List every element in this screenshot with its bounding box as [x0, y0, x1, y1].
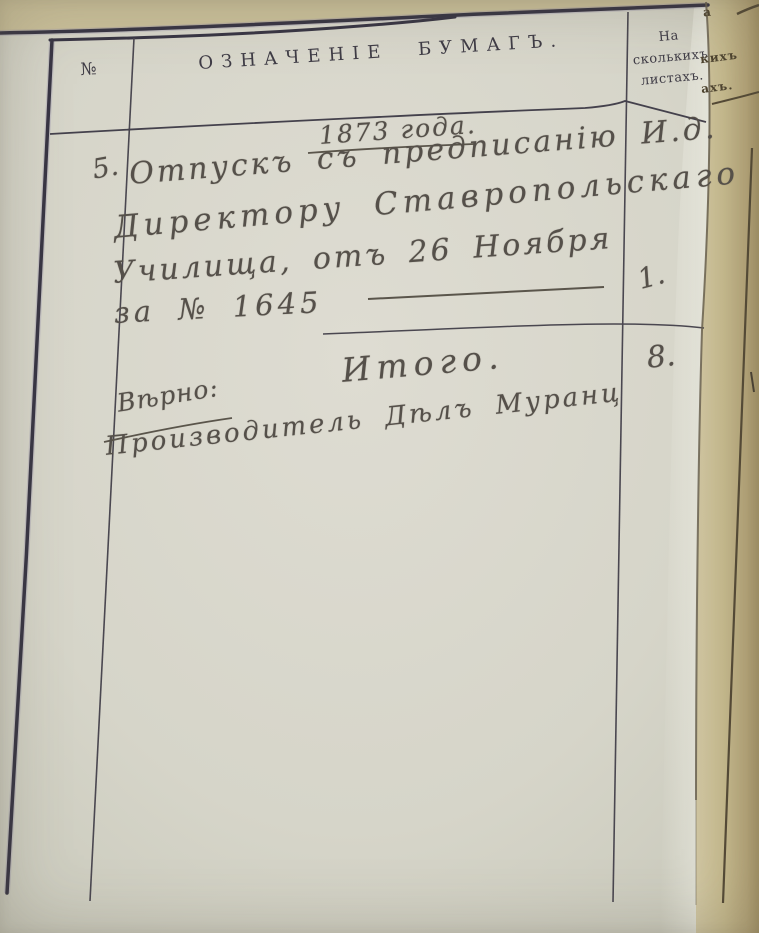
scanned-register-page: № ОЗНАЧЕНІЕ БУМАГЪ. На сколькихъ листахъ… — [0, 0, 759, 933]
entry-number: 5. — [90, 151, 121, 186]
header-col-number: № — [80, 59, 98, 80]
underlying-page-text-fragment-1: а — [702, 5, 712, 20]
total-sheet-count: 8. — [645, 338, 677, 376]
